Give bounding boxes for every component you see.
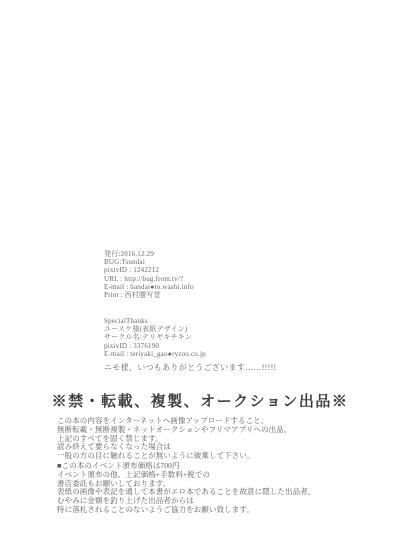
- special-thanks-title: SpecialThanks: [104, 317, 206, 325]
- colophon-page: 発行:2016.12.29 BUG:Tsundai pixivID : 1242…: [0, 0, 400, 550]
- prohibition-heading: ※禁・転載、複製、オークション出品※: [0, 390, 400, 411]
- publication-info-block: 発行:2016.12.29 BUG:Tsundai pixivID : 1242…: [104, 250, 194, 299]
- publication-date-line: 発行:2016.12.29: [104, 250, 194, 258]
- designer-pixiv-id-line: pixivID : 3376190: [104, 342, 206, 350]
- circle-name-line: BUG:Tsundai: [104, 258, 194, 266]
- url-line: URL : http://bug.from.tv/?: [104, 275, 194, 283]
- prohibition-line: 一般の方の目に触れることが無いように破棄して下さい。: [57, 452, 291, 461]
- designer-email-line: E-mail : teriyaki_gao●ryzoo.co.jp: [104, 350, 206, 358]
- designer-circle-line: サークル名:テリヤキチキン: [104, 333, 206, 341]
- email-line: E-mail : bandai●to.washi.info: [104, 283, 194, 291]
- gratitude-note: ニモ様、いつもありがとうございます……!!!!!: [104, 362, 277, 373]
- printer-line: Print : 西村謄写堂: [104, 291, 194, 299]
- prohibition-notice-block: この本の内容をインターネットへ画像アップロードすること、 無断転載・無断複製・ネ…: [57, 417, 291, 461]
- special-thanks-block: SpecialThanks ユースケ様(表紙デザイン) サークル名:テリヤキチキ…: [104, 317, 206, 358]
- pixiv-id-line: pixivID : 1242212: [104, 266, 194, 274]
- sales-notice-block: ■この本のイベント頒布価格は700円 イベント頒布の他、上記価格+手数料+税での…: [57, 462, 315, 515]
- sales-line: 特に落札されることのないようご協力をお願い致します。: [57, 506, 315, 515]
